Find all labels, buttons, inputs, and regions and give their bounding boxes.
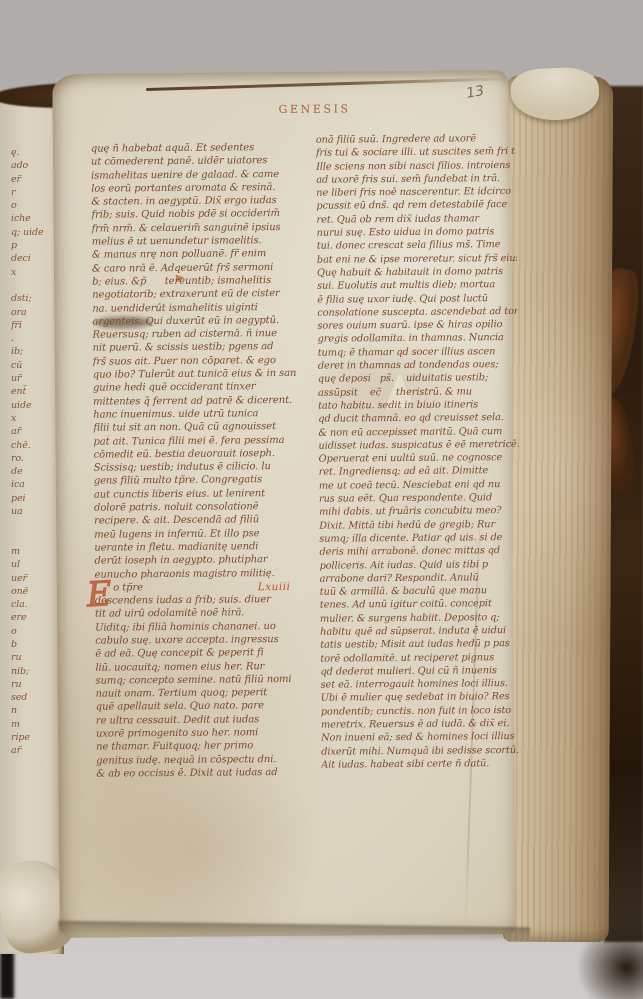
text-line bbox=[11, 532, 61, 545]
text-line: pcussit eū dns̃. qd rem detestabilē face bbox=[316, 198, 516, 213]
text-column-right: onā filiū suū. Ingredere ad uxorēfris tu… bbox=[316, 132, 522, 772]
text-line: cla. bbox=[11, 598, 61, 611]
text-line: m bbox=[11, 718, 61, 731]
text-line: ar̃ bbox=[11, 425, 61, 438]
text-line: deris mihi arrabonē. donec mittas qd bbox=[319, 544, 519, 559]
text-line: ua bbox=[11, 505, 61, 518]
text-column-left: quę ñ habebat aquā. Et sedentesut cōmede… bbox=[91, 141, 323, 781]
text-line: Operuerat eni uultū suū. ne cognosce bbox=[319, 451, 519, 466]
text-line: tatis uestib; Misit aut iudas hedū p pas bbox=[320, 637, 520, 652]
text-line: ru bbox=[11, 678, 61, 691]
manuscript-photo: ę.adoer̃roicheq; uidepdecixdsti;orafr̃i.… bbox=[0, 0, 643, 999]
text-line: fris tui & sociare illi. ut suscites sem… bbox=[316, 145, 516, 160]
text-line: o bbox=[11, 625, 61, 638]
text-line: chē. bbox=[11, 439, 61, 452]
text-line: ar̃ bbox=[11, 744, 61, 757]
text-line: quę deposi ps̃. uiduitatis uestib; bbox=[318, 371, 518, 386]
page-stack-fore-edge bbox=[503, 76, 614, 943]
text-line: b bbox=[11, 638, 61, 651]
folio-number-pencil: 13 bbox=[465, 83, 485, 102]
text-line: tui. donec crescat sela filius ms̃. Time bbox=[317, 238, 517, 253]
text-line: sui. Euolutis aut multis dieb; mortua bbox=[317, 278, 517, 293]
running-title-genesis: GENESIS bbox=[279, 102, 351, 116]
text-line: ica bbox=[11, 478, 61, 491]
text-line: n bbox=[11, 704, 61, 717]
text-line: mihi dabis. ut fruāris concubitu meo? bbox=[319, 504, 519, 519]
text-line: gregis odollamita. in thamnas. Nuncia bbox=[318, 331, 518, 346]
text-line: pei bbox=[11, 492, 61, 505]
text-line: & ab eo occisus ē. Dixit aut iudas ad bbox=[96, 766, 322, 781]
text-line: qd ducit thamnā. eo qd creuisset sela. bbox=[318, 411, 518, 426]
text-line: onē bbox=[11, 585, 61, 598]
text-line: ere bbox=[11, 611, 61, 624]
text-line: Non inueni eā; sed & homines loci illius bbox=[321, 730, 521, 745]
text-line: ib; bbox=[11, 345, 61, 358]
text-line bbox=[11, 518, 61, 531]
text-line: nib; bbox=[11, 665, 61, 678]
text-line: uide bbox=[11, 399, 61, 412]
text-line: . bbox=[11, 332, 61, 345]
text-line: mittentes q̃ ferrent ad patrē & dicerent… bbox=[93, 393, 319, 408]
text-line: ent̃ bbox=[11, 385, 61, 398]
text-line: sed bbox=[11, 691, 61, 704]
text-line: ro. bbox=[11, 452, 61, 465]
manuscript-page: GENESIS 13 E Lxuiii quę ñ habebat aquā. … bbox=[52, 70, 516, 938]
text-line: ur̃ bbox=[11, 372, 61, 385]
text-line: de bbox=[11, 465, 61, 478]
text-line: quo ibo? Tulerūt aut tunicā eius & in sa… bbox=[93, 367, 319, 382]
text-line: tenes. Ad unū igitur coitū. concepit bbox=[320, 597, 520, 612]
text-line: Ait iudas. habeat sibi certe ñ datū. bbox=[321, 757, 521, 772]
text-line: ripe bbox=[11, 731, 61, 744]
text-line: uer̃ bbox=[11, 572, 61, 585]
text-line: x bbox=[11, 412, 61, 425]
text-line: cū bbox=[11, 359, 61, 372]
text-line: ul bbox=[11, 558, 61, 571]
text-line: ru bbox=[11, 651, 61, 664]
text-line: sumq; concepto semine. natū filiū nomi bbox=[95, 673, 321, 688]
text-line: m bbox=[11, 545, 61, 558]
text-line: dixerūt mihi. Numquā ibi sedisse scortū. bbox=[321, 744, 521, 759]
